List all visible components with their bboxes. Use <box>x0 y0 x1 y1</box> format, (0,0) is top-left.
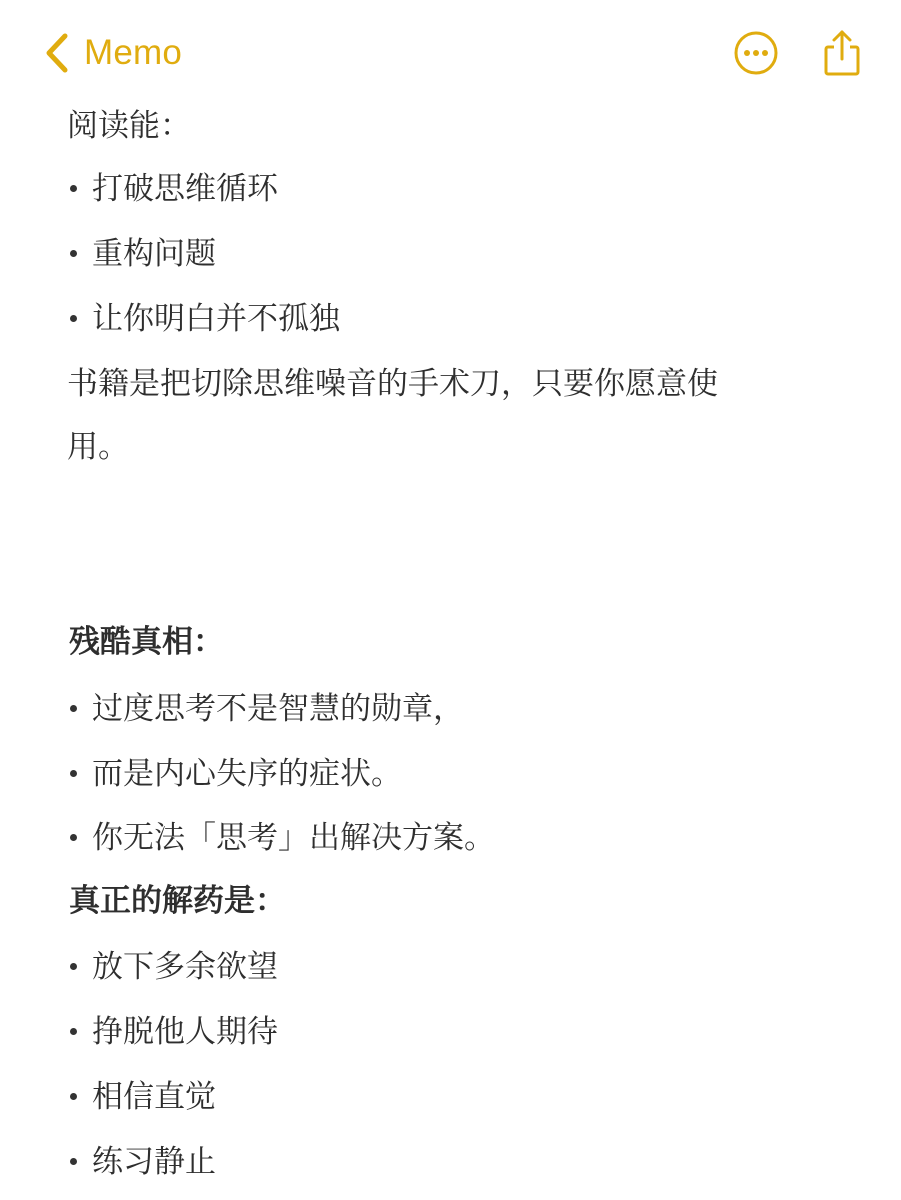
navigation-bar: Memo <box>0 0 901 100</box>
list-item: 过度思考不是智慧的勋章， <box>67 689 464 729</box>
bullet-icon <box>70 1158 77 1165</box>
section-heading-antidote: 真正的解药是： <box>69 881 286 921</box>
list-item: 重构问题 <box>67 234 216 274</box>
share-icon <box>820 28 864 78</box>
list-item: 放下多余欲望 <box>67 947 278 987</box>
ellipsis-circle-icon <box>733 30 779 76</box>
bullet-icon <box>70 834 77 841</box>
bullet-icon <box>70 1093 77 1100</box>
bullet-icon <box>70 705 77 712</box>
list-item: 相信直觉 <box>67 1077 216 1117</box>
list-item: 让你明白并不孤独 <box>67 299 340 339</box>
section-heading-truth: 残酷真相： <box>69 622 224 662</box>
back-label: Memo <box>84 33 182 73</box>
bullet-icon <box>70 315 77 322</box>
list-item: 打破思维循环 <box>67 169 278 209</box>
bullet-icon <box>70 770 77 777</box>
list-item: 挣脱他人期待 <box>67 1012 278 1052</box>
bullet-icon <box>70 185 77 192</box>
share-button[interactable] <box>820 28 864 78</box>
paragraph-line: 用。 <box>67 427 129 467</box>
back-button[interactable]: Memo <box>44 28 182 78</box>
list-item: 练习静止 <box>67 1142 216 1182</box>
bullet-icon <box>70 963 77 970</box>
more-options-button[interactable] <box>733 30 779 76</box>
list-item: 你无法「思考」出解决方案。 <box>67 818 495 858</box>
bullet-icon <box>70 1028 77 1035</box>
paragraph-line: 书籍是把切除思维噪音的手术刀，只要你愿意使 <box>67 364 718 404</box>
chevron-left-icon <box>44 32 70 74</box>
list-item: 而是内心失序的症状。 <box>67 754 402 794</box>
bullet-icon <box>70 250 77 257</box>
section-heading-reading: 阅读能： <box>67 106 191 146</box>
